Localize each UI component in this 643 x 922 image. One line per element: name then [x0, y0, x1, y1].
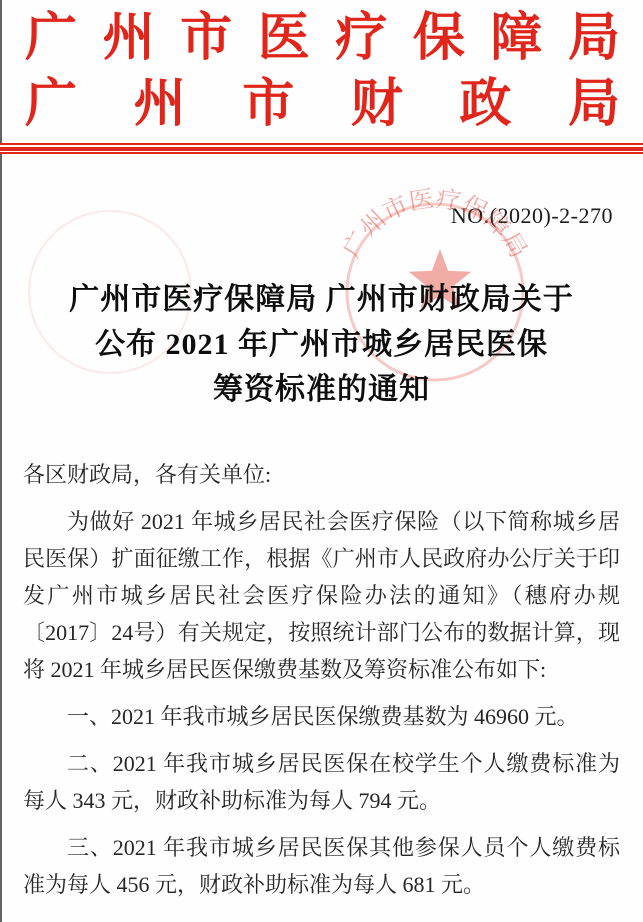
salutation: 各区财政局，各有关单位: [23, 456, 620, 493]
paragraph-intro: 为做好 2021 年城乡居民社会医疗保险（以下简称城乡居民医保）扩面征缴工作，根… [23, 503, 620, 688]
paragraph-item-2: 二、2021 年我市城乡居民医保在校学生个人缴费标准为每人 343 元，财政补助… [23, 745, 620, 819]
letterhead-org-2: 广州市财政局 [25, 74, 620, 136]
letterhead-org-1: 广州市医疗保障局 [25, 8, 620, 70]
official-notice-document: 广州市医疗保障局 广州市财政局 广州市医疗保障局 NO.(2020)-2-270… [0, 0, 643, 922]
title-line-2: 公布 2021 年广州市城乡居民医保 [0, 322, 643, 367]
title-line-3: 筹资标准的通知 [0, 367, 643, 412]
document-title: 广州市医疗保障局 广州市财政局关于 公布 2021 年广州市城乡居民医保 筹资标… [0, 277, 643, 412]
letterhead-rule [0, 143, 643, 154]
seal-arc-text: 广州市医疗保障局 [338, 185, 531, 262]
scan-edge-artifact [0, 0, 2, 922]
paragraph-item-1: 一、2021 年我市城乡居民医保缴费基数为 46960 元。 [23, 698, 620, 735]
title-line-1: 广州市医疗保障局 广州市财政局关于 [0, 277, 643, 322]
document-body: 各区财政局，各有关单位: 为做好 2021 年城乡居民社会医疗保险（以下简称城乡… [23, 456, 620, 903]
paragraph-item-3: 三、2021 年我市城乡居民医保其他参保人员个人缴费标准为每人 456 元，财政… [23, 829, 620, 903]
